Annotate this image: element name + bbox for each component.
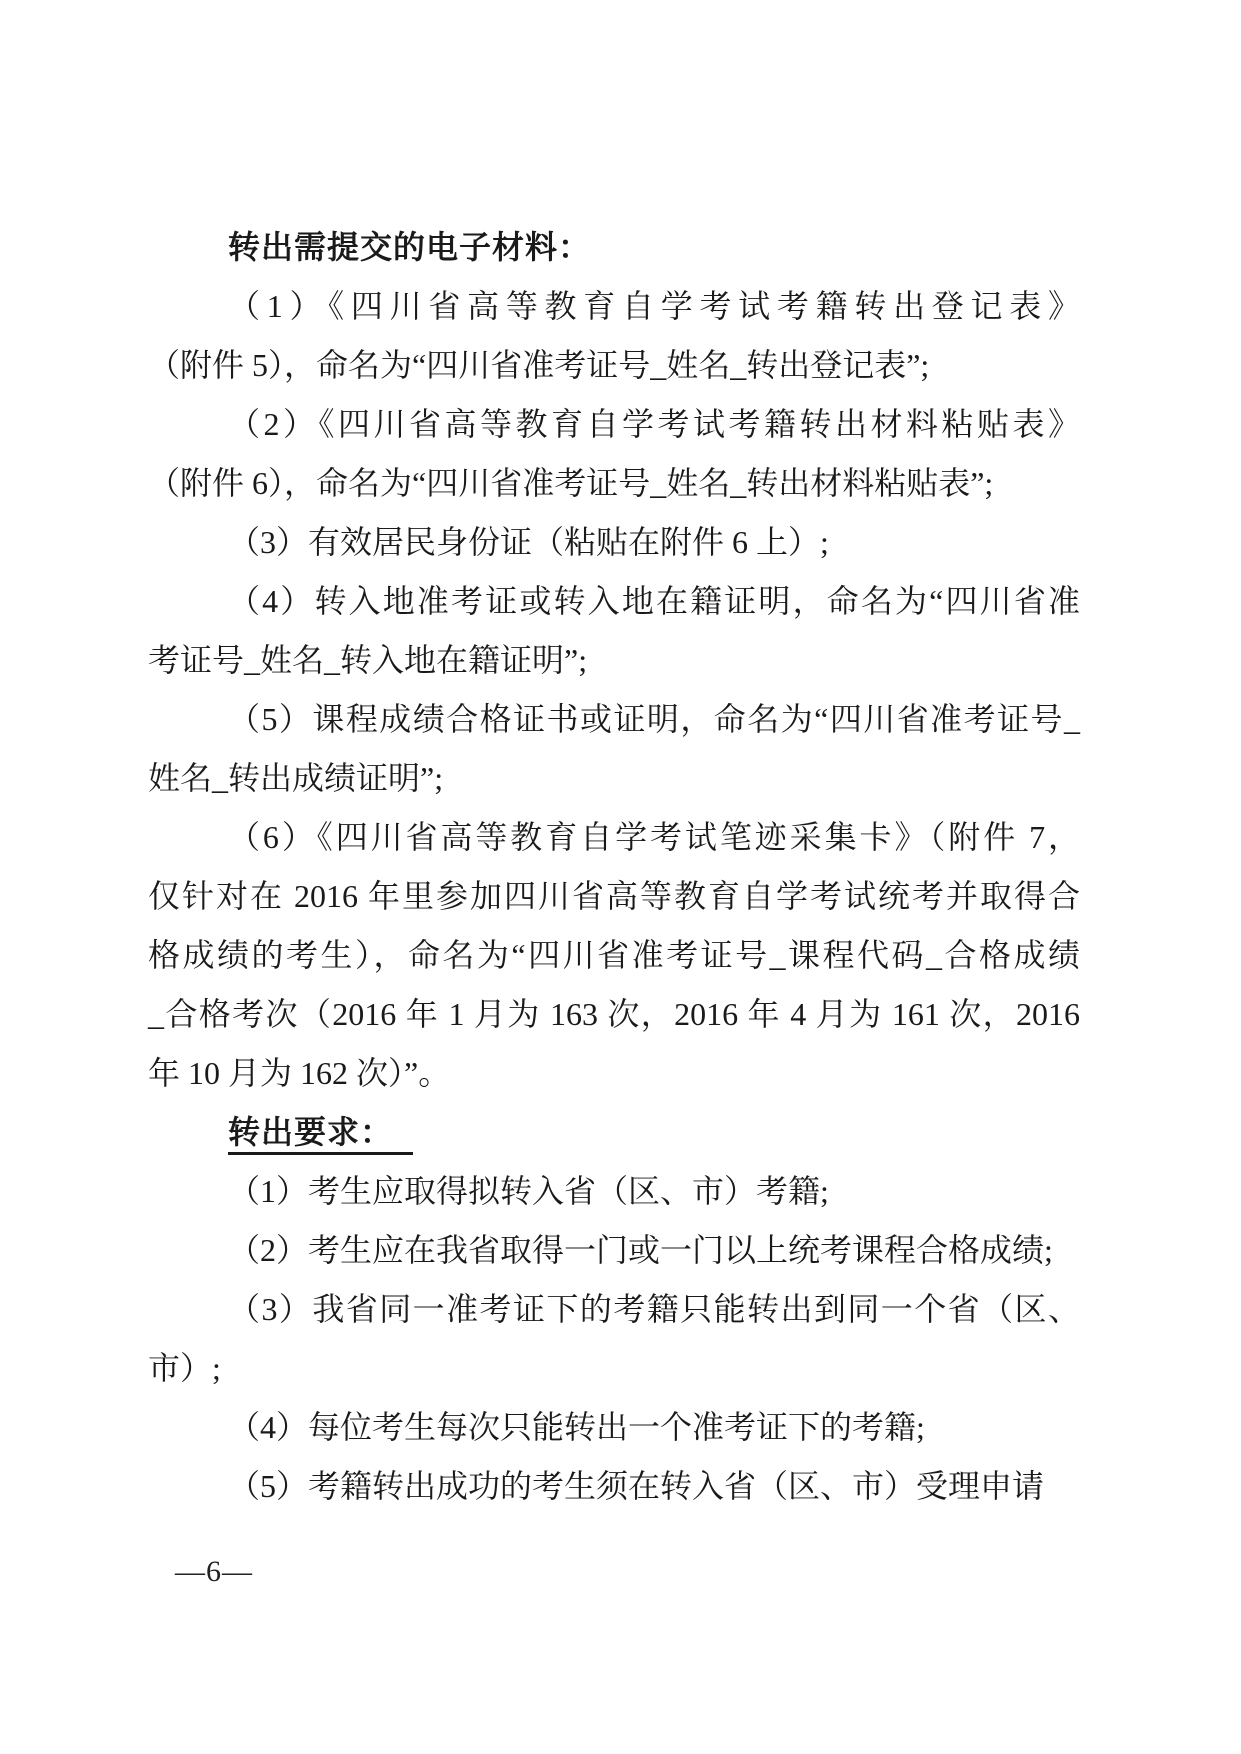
material-item-5-line-2: 姓名_转出成绩证明”; [148,749,1080,808]
material-item-6-line-5: 年 10 月为 162 次）”。 [148,1044,1080,1103]
material-item-1-line-1: （1）《四川省高等教育自学考试考籍转出登记表》 [148,277,1080,336]
material-item-2-line-1: （2）《四川省高等教育自学考试考籍转出材料粘贴表》 [148,395,1080,454]
document-body: 转出需提交的电子材料： （1）《四川省高等教育自学考试考籍转出登记表》 （附件 … [148,218,1080,1516]
material-item-5-line-1: （5）课程成绩合格证书或证明，命名为“四川省准考证号_ [148,690,1080,749]
material-item-3: （3）有效居民身份证（粘贴在附件 6 上）; [148,513,1080,572]
heading-transfer-requirements: 转出要求： [148,1103,1080,1162]
requirement-item-5: （5）考籍转出成功的考生须在转入省（区、市）受理申请 [148,1457,1080,1516]
material-item-1-line-2: （附件 5），命名为“四川省准考证号_姓名_转出登记表”; [148,336,1080,395]
material-item-4-line-1: （4）转入地准考证或转入地在籍证明，命名为“四川省准 [148,572,1080,631]
requirement-item-3-line-2: 市）; [148,1339,1080,1398]
material-item-6-line-2: 仅针对在 2016 年里参加四川省高等教育自学考试统考并取得合 [148,867,1080,926]
requirement-item-2: （2）考生应在我省取得一门或一门以上统考课程合格成绩; [148,1221,1080,1280]
requirement-item-3-line-1: （3）我省同一准考证下的考籍只能转出到同一个省（区、 [148,1280,1080,1339]
heading-transfer-requirements-text: 转出要求： [228,1114,413,1155]
page-number: —6— [175,1552,253,1592]
document-page: 转出需提交的电子材料： （1）《四川省高等教育自学考试考籍转出登记表》 （附件 … [0,0,1241,1754]
requirement-item-1: （1）考生应取得拟转入省（区、市）考籍; [148,1162,1080,1221]
material-item-2-line-2: （附件 6），命名为“四川省准考证号_姓名_转出材料粘贴表”; [148,454,1080,513]
material-item-6-line-1: （6）《四川省高等教育自学考试笔迹采集卡》（附件 7， [148,808,1080,867]
material-item-6-line-3: 格成绩的考生），命名为“四川省准考证号_课程代码_合格成绩 [148,926,1080,985]
material-item-6-line-4: _合格考次（2016 年 1 月为 163 次，2016 年 4 月为 161 … [148,985,1080,1044]
material-item-4-line-2: 考证号_姓名_转入地在籍证明”; [148,631,1080,690]
requirement-item-4: （4）每位考生每次只能转出一个准考证下的考籍; [148,1398,1080,1457]
heading-electronic-materials: 转出需提交的电子材料： [148,218,1080,277]
